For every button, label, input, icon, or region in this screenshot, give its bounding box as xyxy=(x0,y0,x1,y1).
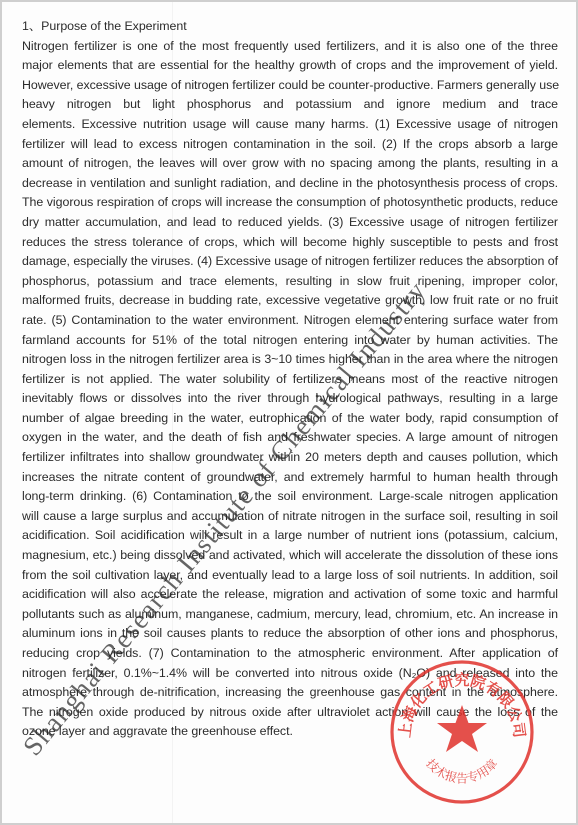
svg-text:技术报告专用章: 技术报告专用章 xyxy=(423,756,500,786)
text-line: from the soil cultivation layer, and eve… xyxy=(22,566,558,586)
text-line: magnesium, etc.) being dissolved and act… xyxy=(22,546,558,566)
text-line: major elements that are essential for th… xyxy=(22,56,558,76)
document-body: 1、Purpose of the Experiment Nitrogen fer… xyxy=(22,17,558,742)
text-line: aluminum ions in the soil causes plants … xyxy=(22,624,558,644)
text-line: oxygen in the water, and the death of fi… xyxy=(22,428,558,448)
text-line: nitrogen loss in the nitrogen fertilizer… xyxy=(22,350,558,370)
text-line: elements. Excessive nutrition usage will… xyxy=(22,115,558,135)
text-line: However, excessive usage of nitrogen fer… xyxy=(22,76,558,96)
text-line: ozone layer and aggravate the greenhouse… xyxy=(22,722,558,742)
text-line: acidification will also accelerate the r… xyxy=(22,585,558,605)
text-line: will cause a large surplus and accumulat… xyxy=(22,507,558,527)
document-page: 1、Purpose of the Experiment Nitrogen fer… xyxy=(0,0,578,825)
text-line: reducing crop yields. (7) Contamination … xyxy=(22,644,558,664)
text-line: acidification. Soil acidification will r… xyxy=(22,526,558,546)
text-line: number of algae breeding in the water, e… xyxy=(22,409,558,429)
paragraph: Nitrogen fertilizer is one of the most f… xyxy=(22,37,558,742)
text-line: phosphorus, potassium and trace elements… xyxy=(22,272,558,292)
text-line: heavy nitrogen but light phosphorus and … xyxy=(22,95,558,115)
text-line: malformed fruits, decrease in budding ra… xyxy=(22,291,558,311)
text-line: decrease in ventilation and sunlight rad… xyxy=(22,174,558,194)
text-line: atmosphere through de-nitrification, inc… xyxy=(22,683,558,703)
text-line: fertilizer is not applied. The water sol… xyxy=(22,370,558,390)
text-line: reduces the stress tolerance of crops, w… xyxy=(22,233,558,253)
seal-inner-text: 技术报告专用章 xyxy=(423,756,500,786)
text-line: inevitably flows or dissolves into the r… xyxy=(22,389,558,409)
section-heading: 1、Purpose of the Experiment xyxy=(22,17,558,37)
text-line: long-term drinking. (6) Contamination to… xyxy=(22,487,558,507)
text-line: fertilizer infiltrates into shallow grou… xyxy=(22,448,558,468)
text-line: rate. (5) Contamination to the water env… xyxy=(22,311,558,331)
text-line: farmland accounts for 51% of the total n… xyxy=(22,331,558,351)
text-line: amount of nitrogen, the leaves will over… xyxy=(22,154,558,174)
text-line: fertilizer will lead to excess nitrogen … xyxy=(22,135,558,155)
text-line: The nitrogen oxide produced by nitrous o… xyxy=(22,703,558,723)
text-line: nitrogen fertilizer, 0.1%~1.4% will be c… xyxy=(22,664,558,684)
text-line: damage, especially the viruses. (4) Exce… xyxy=(22,252,558,272)
text-line: pollutants such as aluminum, manganese, … xyxy=(22,605,558,625)
text-line: The vigorous respiration of crops will i… xyxy=(22,193,558,213)
text-line: Nitrogen fertilizer is one of the most f… xyxy=(22,37,558,57)
text-line: dry matter accumulation, and lead to red… xyxy=(22,213,558,233)
text-line: increases the nitrate content of groundw… xyxy=(22,468,558,488)
